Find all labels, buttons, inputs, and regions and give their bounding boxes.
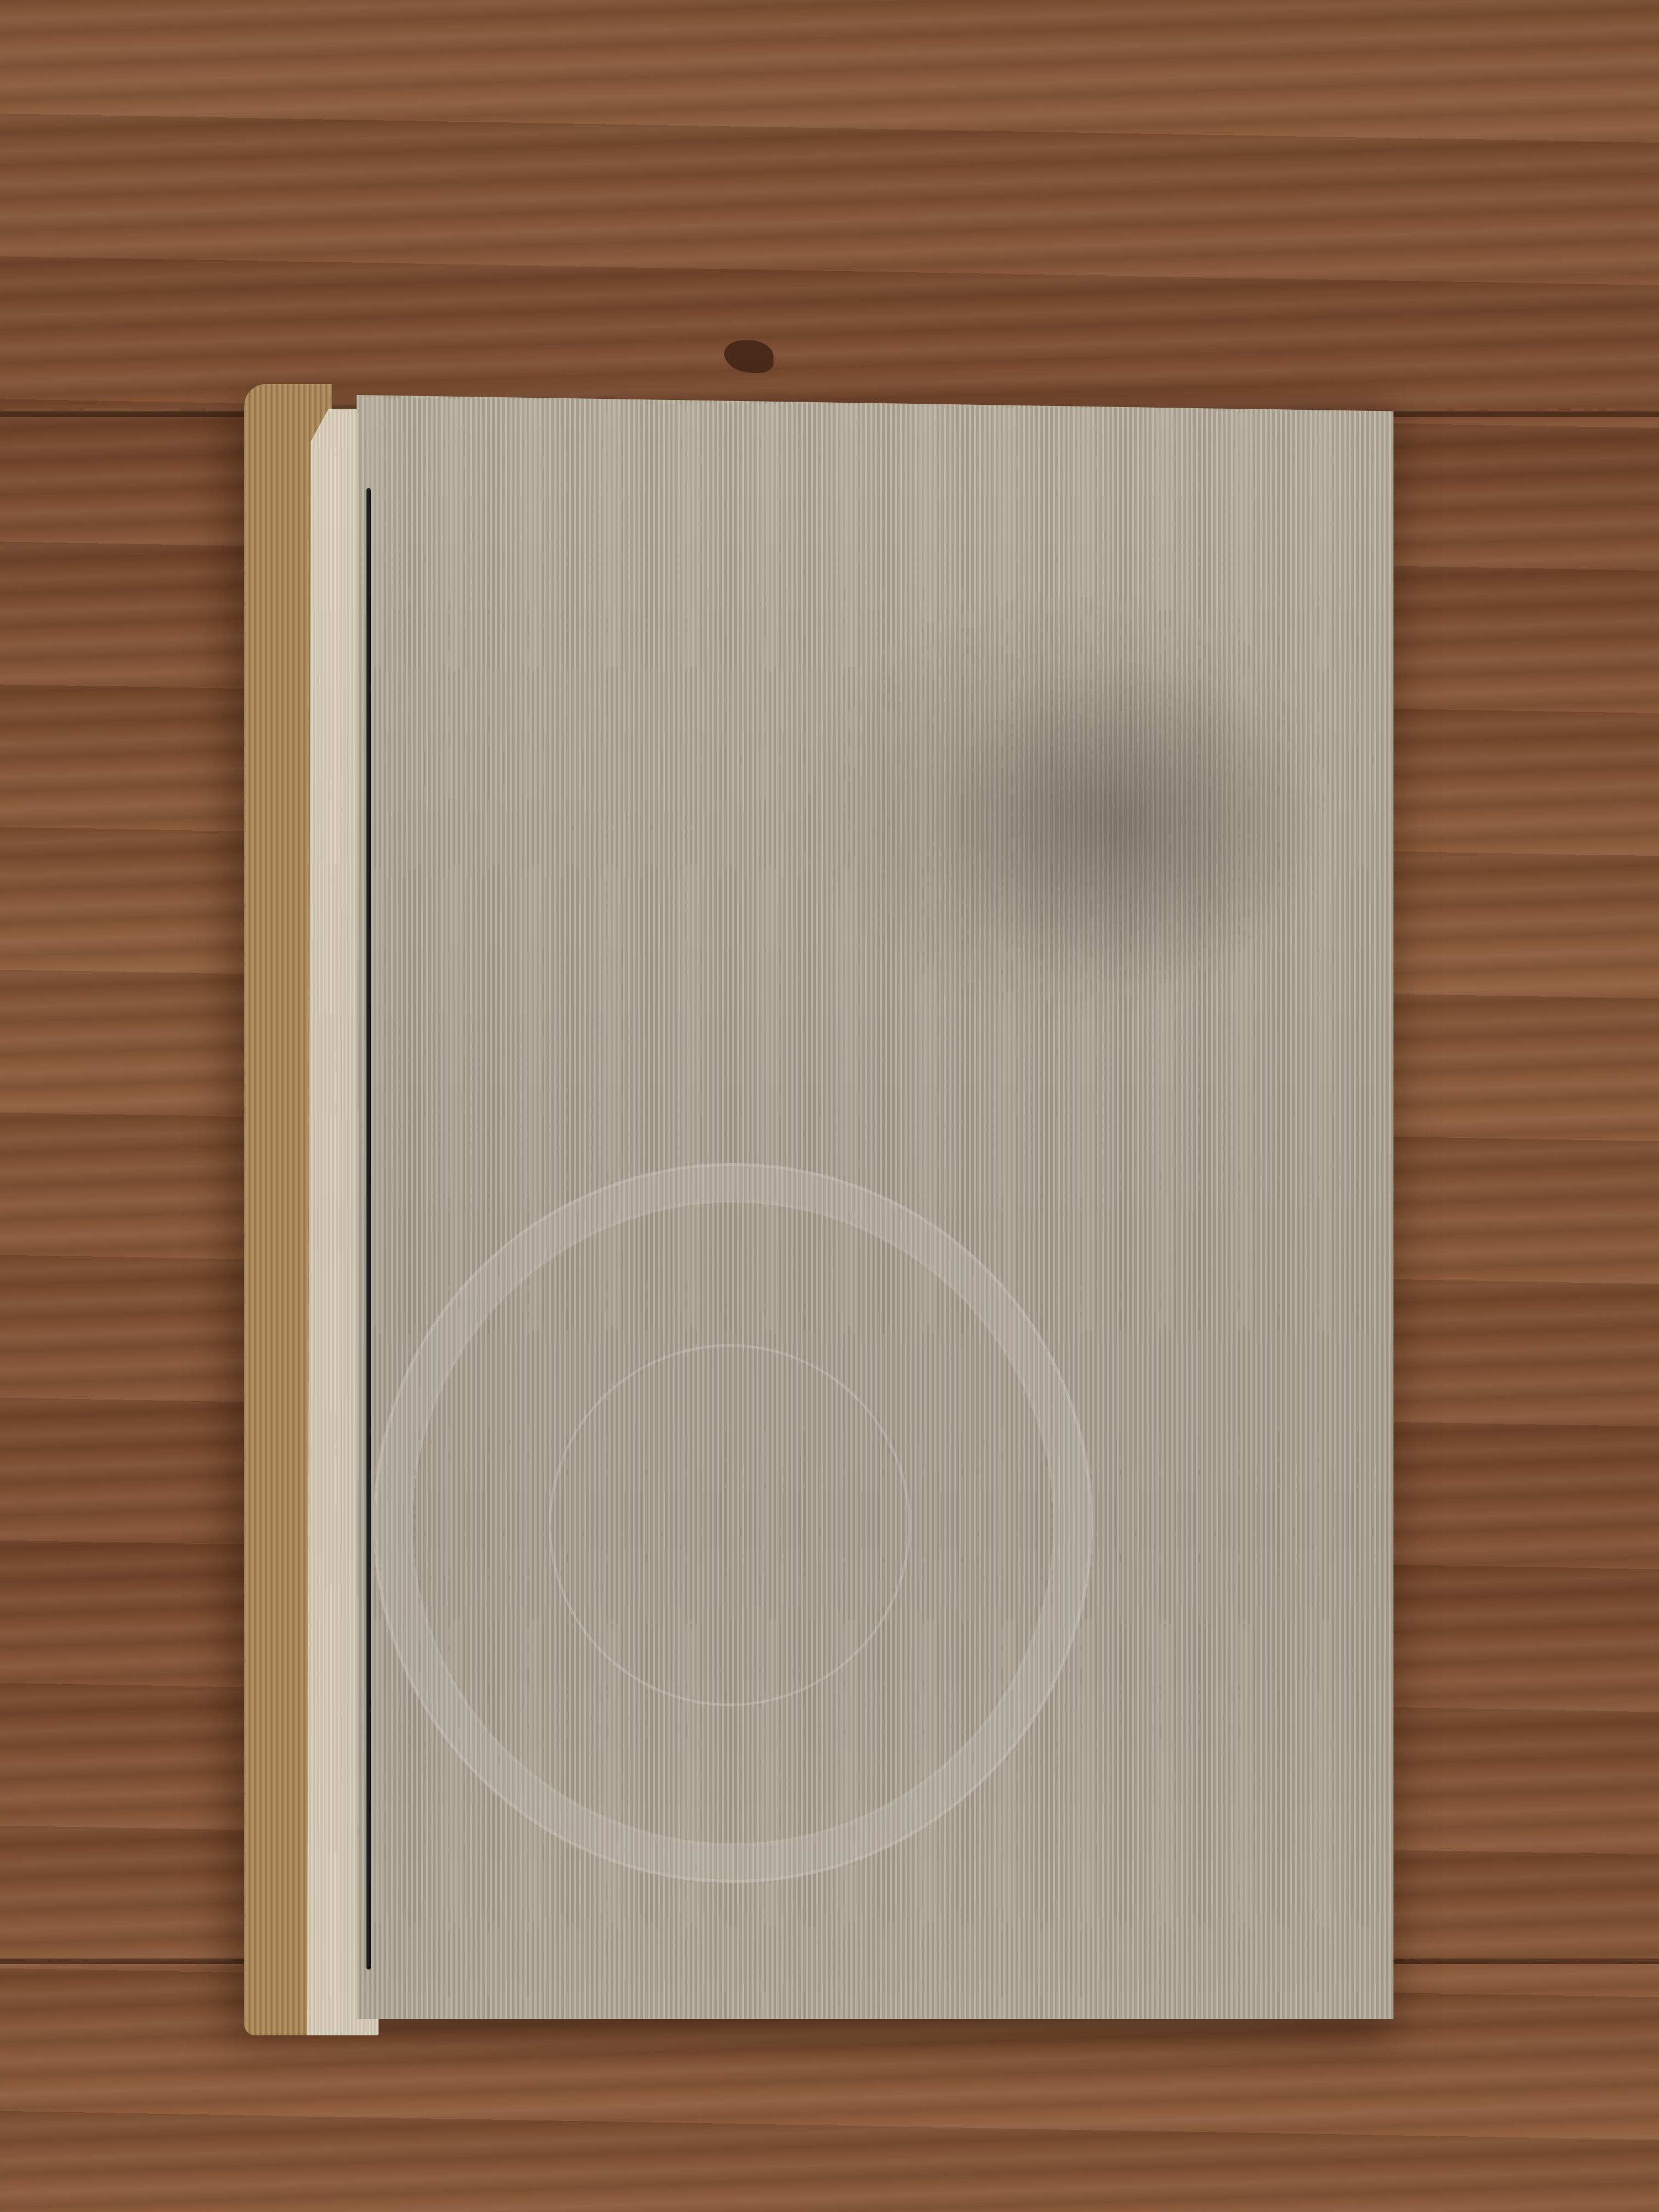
cover-stain bbox=[933, 658, 1317, 988]
binding-thread bbox=[366, 488, 371, 1970]
embossed-seal-inner-ring bbox=[549, 1344, 911, 1706]
